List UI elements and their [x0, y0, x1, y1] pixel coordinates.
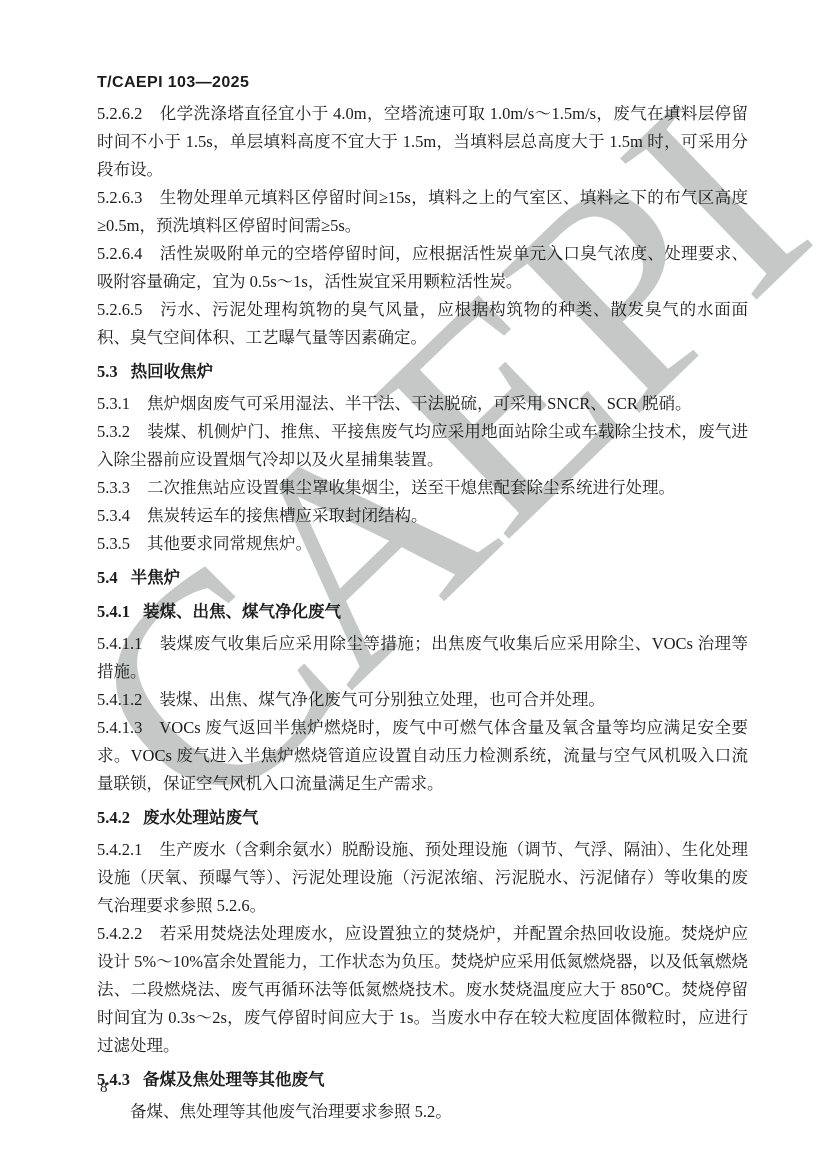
section-heading-5.4: 5.4半焦炉 [97, 564, 748, 592]
clause-number: 5.4.2.2 [97, 924, 159, 943]
clause-5.4.2.1: 5.4.2.1生产废水（含剩余氨水）脱酚设施、预处理设施（调节、气浮、隔油）、生… [97, 836, 748, 920]
document-page: T/CAEPI 103—2025 5.2.6.2化学洗涤塔直径宜小于 4.0m，… [97, 72, 748, 1126]
section-title: 废水处理站废气 [143, 809, 259, 827]
clause-number: 5.3.4 [97, 506, 147, 525]
clause-5.2.6.2: 5.2.6.2化学洗涤塔直径宜小于 4.0m，空塔流速可取 1.0m/s～1.5… [97, 100, 748, 184]
section-title: 备煤及焦处理等其他废气 [143, 1071, 325, 1089]
section-heading-5.4.1: 5.4.1装煤、出焦、煤气净化废气 [97, 598, 748, 626]
clause-number: 5.2.6.3 [97, 188, 159, 207]
section-title: 装煤、出焦、煤气净化废气 [143, 603, 341, 621]
section-number: 5.4.2 [97, 808, 143, 827]
section-title: 半焦炉 [131, 569, 181, 587]
clause-number: 5.3.1 [97, 394, 147, 413]
clause-5.4.1.3: 5.4.1.3VOCs 废气返回半焦炉燃烧时，废气中可燃气体含量及氧含量等均应满… [97, 714, 748, 798]
clause-number: 5.4.1.1 [97, 634, 159, 653]
clause-text: 生产废水（含剩余氨水）脱酚设施、预处理设施（调节、气浮、隔油）、生化处理设施（厌… [97, 840, 748, 915]
clause-number: 5.4.1.3 [97, 718, 159, 737]
section-number: 5.3 [97, 362, 131, 381]
clause-number: 5.3.2 [97, 422, 147, 441]
clause-5.4.2.2: 5.4.2.2若采用焚烧法处理废水，应设置独立的焚烧炉，并配置余热回收设施。焚烧… [97, 920, 748, 1060]
clause-text: 二次推焦站应设置集尘罩收集烟尘，送至干熄焦配套除尘系统进行处理。 [147, 478, 675, 497]
clause-number: 5.4.2.1 [97, 840, 159, 859]
clause-text: 活性炭吸附单元的空塔停留时间，应根据活性炭单元入口臭气浓度、处理要求、吸附容量确… [97, 244, 748, 291]
clause-number: 5.2.6.5 [97, 300, 159, 319]
paragraph-text: 备煤、焦处理等其他废气治理要求参照 5.2。 [130, 1102, 452, 1121]
clause-5.3.2: 5.3.2装煤、机侧炉门、推焦、平接焦废气均应采用地面站除尘或车载除尘技术，废气… [97, 418, 748, 474]
clause-5.4.1.2: 5.4.1.2装煤、出焦、煤气净化废气可分别独立处理，也可合并处理。 [97, 686, 748, 714]
clause-number: 5.3.3 [97, 478, 147, 497]
clause-text: 装煤、出焦、煤气净化废气可分别独立处理，也可合并处理。 [159, 690, 605, 709]
clause-5.2.6.3: 5.2.6.3生物处理单元填料区停留时间≥15s，填料之上的气室区、填料之下的布… [97, 184, 748, 240]
section-heading-5.3: 5.3热回收焦炉 [97, 358, 748, 386]
clause-text: 生物处理单元填料区停留时间≥15s，填料之上的气室区、填料之下的布气区高度≥0.… [97, 188, 748, 235]
clause-5.3.1: 5.3.1焦炉烟囱废气可采用湿法、半干法、干法脱硫，可采用 SNCR、SCR 脱… [97, 390, 748, 418]
clause-text: 焦炉烟囱废气可采用湿法、半干法、干法脱硫，可采用 SNCR、SCR 脱硝。 [147, 394, 692, 413]
clause-text: 焦炭转运车的接焦槽应采取封闭结构。 [147, 506, 428, 525]
section-title: 热回收焦炉 [131, 363, 214, 381]
clause-5.3.3: 5.3.3二次推焦站应设置集尘罩收集烟尘，送至干熄焦配套除尘系统进行处理。 [97, 474, 748, 502]
section-heading-5.4.3: 5.4.3备煤及焦处理等其他废气 [97, 1066, 748, 1094]
clause-5.3.4: 5.3.4焦炭转运车的接焦槽应采取封闭结构。 [97, 502, 748, 530]
section-heading-5.4.2: 5.4.2废水处理站废气 [97, 804, 748, 832]
clause-5.3.5: 5.3.5其他要求同常规焦炉。 [97, 530, 748, 558]
section-number: 5.4 [97, 568, 131, 587]
clause-text: 装煤废气收集后应采用除尘等措施；出焦废气收集后应采用除尘、VOCs 治理等措施。 [97, 634, 748, 681]
clause-text: VOCs 废气返回半焦炉燃烧时，废气中可燃气体含量及氧含量等均应满足安全要求。V… [97, 718, 748, 793]
clause-number: 5.3.5 [97, 534, 147, 553]
clause-number: 5.2.6.2 [97, 104, 159, 123]
standard-number-header: T/CAEPI 103—2025 [97, 72, 748, 94]
clause-5.4.1.1: 5.4.1.1装煤废气收集后应采用除尘等措施；出焦废气收集后应采用除尘、VOCs… [97, 630, 748, 686]
clause-text: 装煤、机侧炉门、推焦、平接焦废气均应采用地面站除尘或车载除尘技术，废气进入除尘器… [97, 422, 748, 469]
clause-text: 其他要求同常规焦炉。 [147, 534, 312, 553]
page-number: 8 [100, 1078, 108, 1098]
clause-number: 5.4.1.2 [97, 690, 159, 709]
paragraph-5.4.3-body: 备煤、焦处理等其他废气治理要求参照 5.2。 [97, 1098, 748, 1126]
section-number: 5.4.1 [97, 602, 143, 621]
clause-5.2.6.4: 5.2.6.4活性炭吸附单元的空塔停留时间，应根据活性炭单元入口臭气浓度、处理要… [97, 240, 748, 296]
clause-number: 5.2.6.4 [97, 244, 159, 263]
clause-text: 污水、污泥处理构筑物的臭气风量，应根据构筑物的种类、散发臭气的水面面积、臭气空间… [97, 300, 748, 347]
clause-text: 若采用焚烧法处理废水，应设置独立的焚烧炉，并配置余热回收设施。焚烧炉应设计 5%… [97, 924, 748, 1055]
clause-text: 化学洗涤塔直径宜小于 4.0m，空塔流速可取 1.0m/s～1.5m/s，废气在… [97, 104, 748, 179]
clause-5.2.6.5: 5.2.6.5污水、污泥处理构筑物的臭气风量，应根据构筑物的种类、散发臭气的水面… [97, 296, 748, 352]
